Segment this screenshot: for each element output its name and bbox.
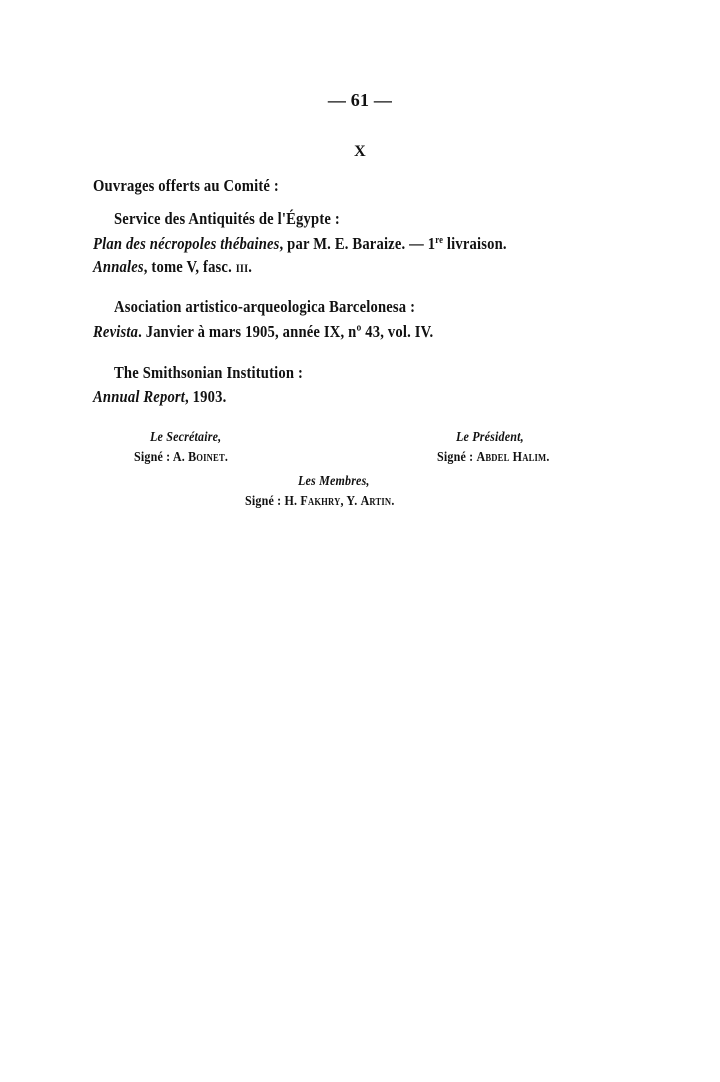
item-text-end: . <box>248 257 252 276</box>
page-number: — 61 — <box>0 90 720 111</box>
document-page: — 61 — X Ouvrages offerts au Comité : Se… <box>0 0 720 1082</box>
donor-name: Service des Antiquités de l'Égypte : <box>114 209 340 229</box>
item-roman-numeral: iii <box>236 257 249 276</box>
signatory-separator: , Y. <box>341 494 361 509</box>
item-text: , tome V, fasc. <box>144 257 236 276</box>
item-title: Plan des nécropoles thébaines <box>93 234 280 253</box>
donor-name: Asociation artistico-arqueologica Barcel… <box>114 297 415 317</box>
signed-prefix: Signé : H. <box>245 494 300 509</box>
signature-end: . <box>225 450 228 465</box>
donation-item: Annual Report, 1903. <box>93 387 226 407</box>
signed-prefix: Signé : A. <box>134 450 188 465</box>
item-text: , 1903. <box>185 387 226 406</box>
signature-end: . <box>546 450 549 465</box>
item-superscript: re <box>435 235 443 246</box>
item-text-end: livraison. <box>443 234 507 253</box>
president-signature: Signé : Abdel Halim. <box>437 450 549 466</box>
donation-item: Revista. Janvier à mars 1905, année IX, … <box>93 322 433 342</box>
item-text: . Janvier à mars 1905, année IX, nº 43, … <box>138 322 433 341</box>
secretary-title: Le Secrétaire, <box>150 430 221 446</box>
donor-name: The Smithsonian Institution : <box>114 363 303 383</box>
item-title: Annales <box>93 257 144 276</box>
signatory-name: Boinet <box>188 450 225 465</box>
signatory-name: Abdel Halim <box>477 450 547 465</box>
donation-item: Annales, tome V, fasc. iii. <box>93 257 252 277</box>
item-title: Revista <box>93 322 138 341</box>
secretary-signature: Signé : A. Boinet. <box>134 450 228 466</box>
signatory-name: Artin <box>361 494 392 509</box>
section-number: X <box>0 143 720 161</box>
item-text: , par M. E. Baraize. — 1 <box>280 234 436 253</box>
members-signature: Signé : H. Fakhry, Y. Artin. <box>245 494 395 510</box>
signature-end: . <box>391 494 394 509</box>
signed-prefix: Signé : <box>437 450 477 465</box>
section-heading: Ouvrages offerts au Comité : <box>93 176 279 196</box>
president-title: Le Président, <box>456 430 524 446</box>
signatory-name: Fakhry <box>300 494 340 509</box>
item-title: Annual Report <box>93 387 185 406</box>
donation-item: Plan des nécropoles thébaines, par M. E.… <box>93 234 507 254</box>
members-title: Les Membres, <box>298 474 370 490</box>
